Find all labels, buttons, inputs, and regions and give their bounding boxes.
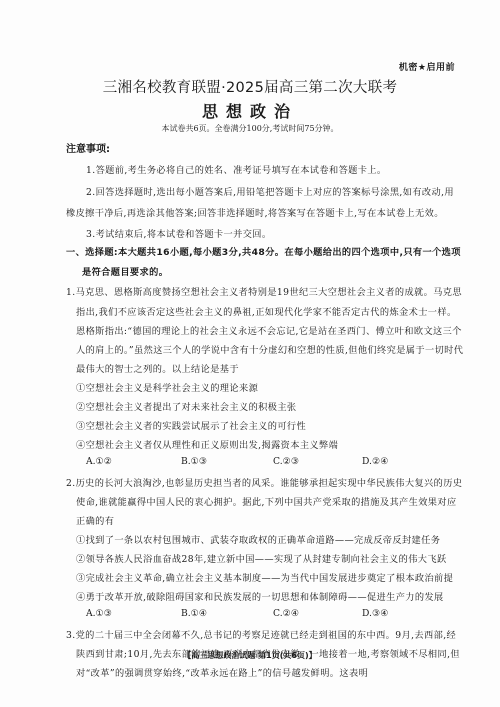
option-b[interactable]: B.①③ [181, 456, 207, 467]
option-d[interactable]: D.②④ [362, 456, 388, 467]
statement: ③完成社会主义革命,确立社会主义基本制度——为当代中国发展进步奠定了根本政治前提 [76, 570, 453, 584]
statement: ①找到了一条以农村包围城市、武装夺取政权的正确革命道路——完成反帝反封建任务 [76, 532, 440, 546]
option-b[interactable]: B.①④ [181, 608, 207, 619]
question-stem: 使命,谁就能赢得中国人民的衷心拥护。据此,下列中国共产党采取的措施及其产生效果对… [76, 494, 457, 508]
confidential-label: 机密★启用前 [399, 60, 455, 73]
exam-info: 本试卷共6页。全卷满分100分,考试时间75分钟。 [0, 123, 500, 134]
exam-page: 机密★启用前 三湘名校教育联盟·2025届高三第二次大联考 思想政治 本试卷共6… [0, 0, 500, 707]
option-d[interactable]: D.③④ [362, 608, 388, 619]
option-c[interactable]: C.②③ [273, 456, 299, 467]
notice-title: 注意事项: [66, 140, 110, 155]
question-stem: 指出,我们不应该否定这些社会主义的鼻祖,正如现代化学家不能否定古代的炼金术士一样… [76, 304, 457, 318]
page-footer: 【高三思想政治试题 第1页(共6页)】 [0, 650, 500, 661]
question-stem: 最伟大的智士之列的。以上结论是基于 [76, 361, 239, 375]
section-heading: 一、选择题:本大题共16小题,每小题3分,共48分。在每小题给出的四个选项中,只… [66, 244, 461, 258]
question-stem: 2.历史的长河大浪淘沙,也彰显历史担当者的风采。谁能够承担起实现中华民族伟大复兴… [66, 475, 462, 489]
question-stem: 1.马克思、恩格斯高度赞扬空想社会主义者特别是19世纪三大空想社会主义者的成就。… [66, 284, 462, 298]
statement: ②领导各族人民浴血奋战28年,建立新中国——实现了从封建专制向社会主义的伟大飞跃 [76, 551, 447, 565]
option-a[interactable]: A.①③ [86, 608, 112, 619]
statement: ④勇于改革开放,破除阻碍国家和民族发展的一切思想和体制障碍——促进生产力的发展 [76, 589, 444, 603]
notice-item: 橡皮擦干净后,再选涂其他答案;回答非选择题时,将答案写在答题卡上,写在本试卷上无… [66, 205, 444, 219]
option-a[interactable]: A.①② [86, 456, 112, 467]
question-stem: 人的肩上的。”虽然这三个人的学说中含有十分虚幻和空想的性质,但他们终究是属于一切… [76, 342, 463, 356]
subject-title: 思想政治 [0, 99, 500, 122]
notice-item: 1.答题前,考生务必将自己的姓名、准考证号填写在本试卷和答题卡上。 [86, 162, 387, 176]
statement: ③空想社会主义者的实践尝试展示了社会主义的可行性 [76, 418, 306, 432]
question-stem: 恩格斯指出:“德国的理论上的社会主义永远不会忘记,它是站在圣西门、傅立叶和欧文这… [76, 323, 462, 337]
question-stem: 对“改革”的强调贯穿始终,“改革永远在路上”的信号越发鲜明。这表明 [76, 665, 368, 679]
question-stem: 3.党的二十届三中全会闭幕不久,总书记的考察足迹就已经走到祖国的东中西。9月,去… [66, 627, 456, 641]
notice-item: 2.回答选择题时,选出每小题答案后,用铅笔把答题卡上对应的答案标号涂黑,如有改动… [86, 184, 454, 198]
statement: ①空想社会主义是科学社会主义的理论来源 [76, 380, 258, 394]
section-heading: 是符合题目要求的。 [82, 264, 168, 278]
statement: ④空想社会主义者仅从理性和正义原则出发,揭露资本主义弊端 [76, 437, 338, 451]
exam-title: 三湘名校教育联盟·2025届高三第二次大联考 [0, 76, 500, 97]
statement: ②空想社会主义者提出了对未来社会主义的积极主张 [76, 399, 297, 413]
notice-item: 3.考试结束后,将本试卷和答题卡一并交回。 [86, 226, 271, 240]
option-c[interactable]: C.②④ [273, 608, 299, 619]
question-stem: 正确的有 [76, 513, 114, 527]
